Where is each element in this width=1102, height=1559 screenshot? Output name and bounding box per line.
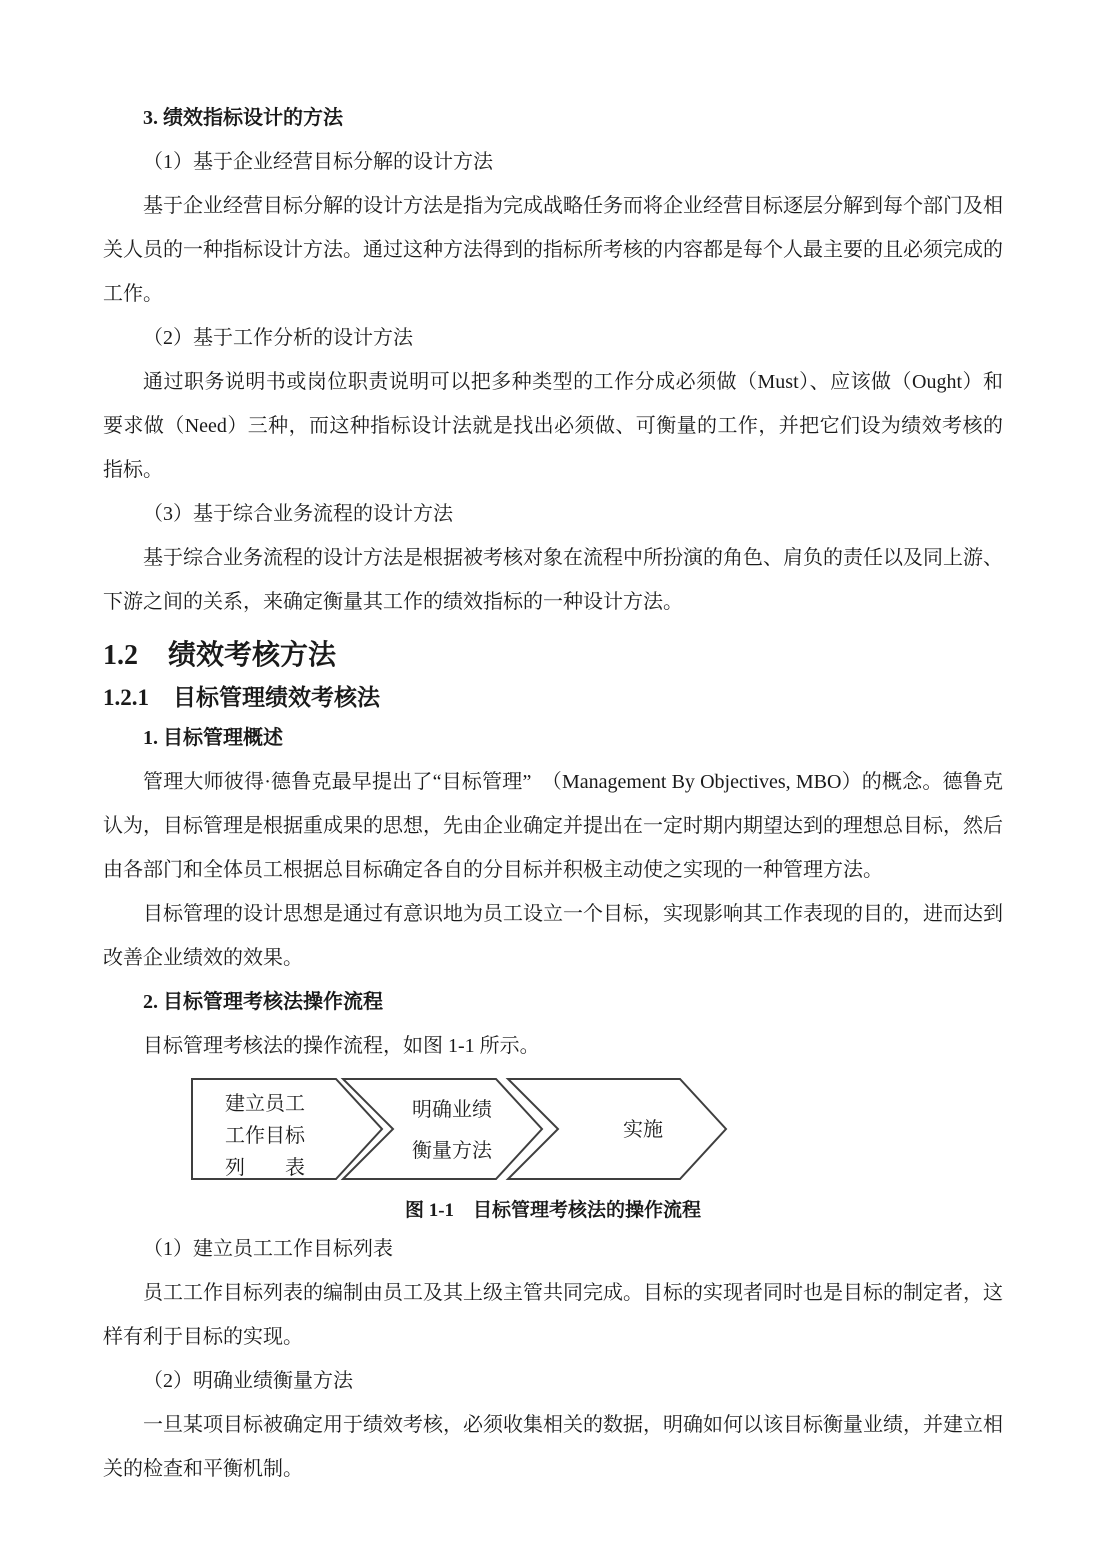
section-number: 1.2 xyxy=(103,640,138,671)
subsection-number: 1.2.1 xyxy=(103,685,149,710)
flow-intro-paragraph: 目标管理考核法的操作流程，如图 1-1 所示。 xyxy=(103,1024,1003,1068)
flow-step-1-line-3: 列 表 xyxy=(225,1156,305,1179)
mbo-paragraph-1: 管理大师彼得·德鲁克最早提出了“目标管理” （Management By Obj… xyxy=(103,760,1003,892)
mbo-paragraph-2: 目标管理的设计思想是通过有意识地为员工设立一个目标，实现影响其工作表现的目的，进… xyxy=(103,892,1003,980)
item-3-label: （3）基于综合业务流程的设计方法 xyxy=(103,492,1003,536)
item-2-paragraph: 通过职务说明书或岗位职责说明可以把多种类型的工作分成必须做（Must）、应该做（… xyxy=(103,360,1003,492)
step-1-label: （1）建立员工工作目标列表 xyxy=(103,1227,1003,1271)
subsection-title: 目标管理绩效考核法 xyxy=(173,685,380,710)
heading-indicator-design-methods: 3. 绩效指标设计的方法 xyxy=(103,96,1003,140)
flow-step-1-line-1: 建立员工 xyxy=(225,1092,305,1115)
section-1-2-1-heading: 1.2.1目标管理绩效考核法 xyxy=(103,682,1003,714)
document-page: 3. 绩效指标设计的方法 （1）基于企业经营目标分解的设计方法 基于企业经营目标… xyxy=(0,0,1102,1559)
figure-caption: 图 1-1 目标管理考核法的操作流程 xyxy=(103,1197,1003,1225)
heading-mbo-process: 2. 目标管理考核法操作流程 xyxy=(103,980,1003,1024)
flow-step-1-line-2: 工作目标 xyxy=(225,1124,306,1147)
flow-step-2-line-2: 衡量方法 xyxy=(412,1139,493,1162)
flow-diagram: 建立员工 工作目标 列 表 明确业绩 衡量方法 实施 xyxy=(191,1078,1003,1181)
item-1-paragraph: 基于企业经营目标分解的设计方法是指为完成战略任务而将企业经营目标逐层分解到每个部… xyxy=(103,184,1003,316)
step-1-paragraph: 员工工作目标列表的编制由员工及其上级主管共同完成。目标的实现者同时也是目标的制定… xyxy=(103,1271,1003,1359)
step-2-paragraph: 一旦某项目标被确定用于绩效考核，必须收集相关的数据，明确如何以该目标衡量业绩，并… xyxy=(103,1403,1003,1491)
item-1-label: （1）基于企业经营目标分解的设计方法 xyxy=(103,140,1003,184)
step-2-label: （2）明确业绩衡量方法 xyxy=(103,1359,1003,1403)
flow-step-2-line-1: 明确业绩 xyxy=(412,1098,492,1121)
flow-diagram-svg: 建立员工 工作目标 列 表 明确业绩 衡量方法 实施 xyxy=(191,1078,728,1181)
flow-step-3-line-1: 实施 xyxy=(623,1118,663,1141)
section-1-2-heading: 1.2绩效考核方法 xyxy=(103,638,1003,674)
item-2-label: （2）基于工作分析的设计方法 xyxy=(103,316,1003,360)
item-3-paragraph: 基于综合业务流程的设计方法是根据被考核对象在流程中所扮演的角色、肩负的责任以及同… xyxy=(103,536,1003,624)
section-title: 绩效考核方法 xyxy=(168,640,336,671)
heading-mbo-overview: 1. 目标管理概述 xyxy=(103,716,1003,760)
